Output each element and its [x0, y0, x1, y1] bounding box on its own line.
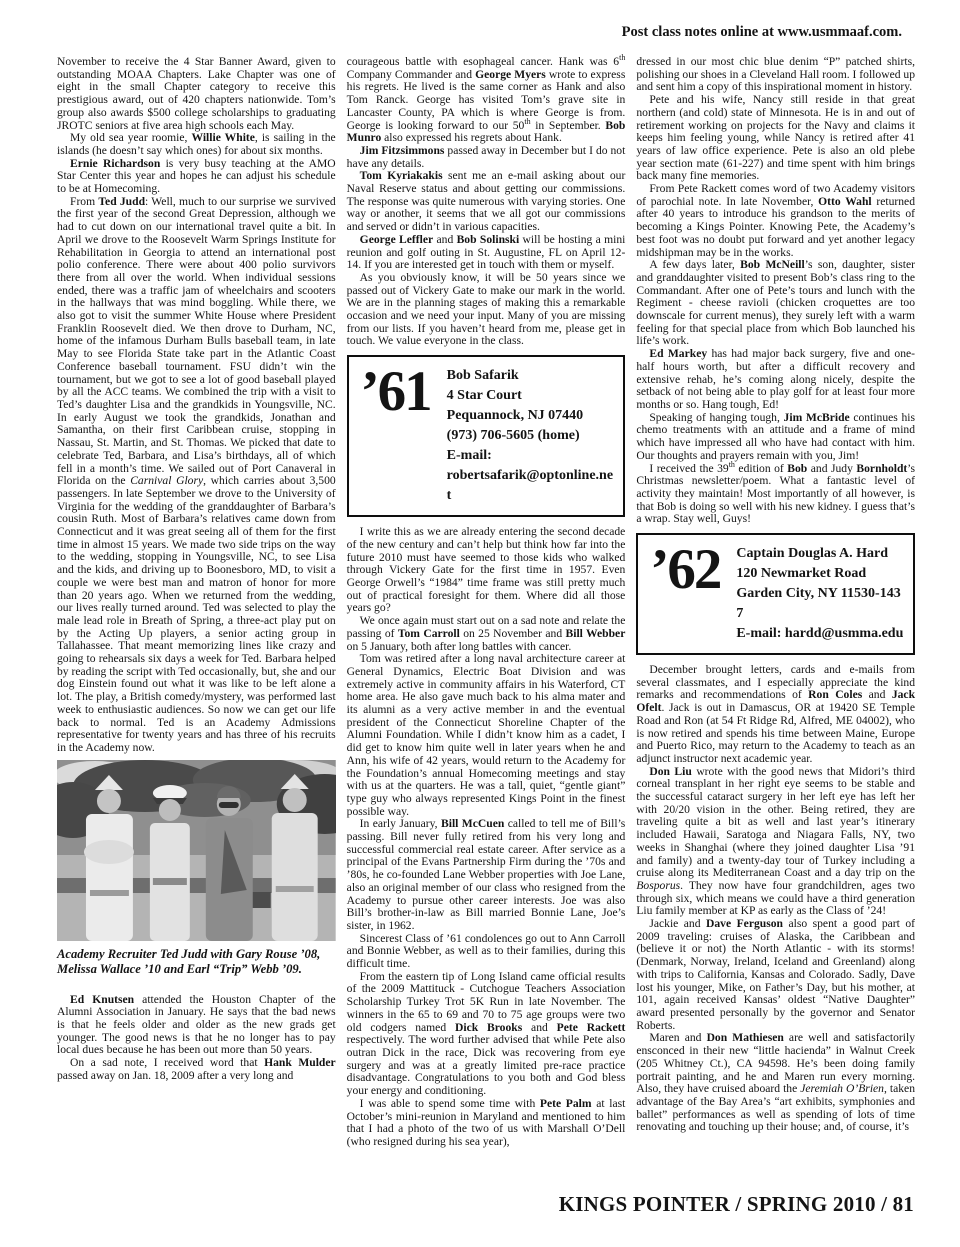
- column-2: courageous battle with esophageal cancer…: [347, 56, 626, 1149]
- paragraph: December brought letters, cards and e-ma…: [636, 664, 915, 766]
- paragraph: Jackie and Dave Ferguson also spent a go…: [636, 918, 915, 1032]
- paragraph: On a sad note, I received word that Hank…: [57, 1057, 336, 1082]
- paragraph: Don Liu wrote with the good news that Mi…: [636, 766, 915, 918]
- paragraph: George Leffler and Bob Solinski will be …: [347, 234, 626, 272]
- column-1: November to receive the 4 Star Banner Aw…: [57, 56, 336, 1149]
- paragraph: dressed in our most chic blue denim “P” …: [636, 56, 915, 94]
- class-1961-contact-info: Bob Safarik4 Star CourtPequannock, NJ 07…: [447, 366, 616, 506]
- paragraph: Ed Knutsen attended the Houston Chapter …: [57, 994, 336, 1058]
- paragraph: Tom was retired after a long naval archi…: [347, 653, 626, 818]
- contact-line: 4 Star Court: [447, 386, 616, 406]
- column-3-bottom: December brought letters, cards and e-ma…: [636, 664, 915, 1134]
- contact-line: E-mail:: [447, 446, 616, 466]
- contact-line: Pequannock, NJ 07440: [447, 406, 616, 426]
- magazine-page: Post class notes online at www.usmmaaf.c…: [0, 0, 960, 1247]
- paragraph: We once again must start out on a sad no…: [347, 615, 626, 653]
- contact-line: Garden City, NY 11530-1437: [736, 584, 905, 624]
- paragraph: Speaking of hanging tough, Jim McBride c…: [636, 412, 915, 463]
- paragraph: My old sea year roomie, Willie White, is…: [57, 132, 336, 157]
- column-2-bottom: I write this as we are already entering …: [347, 526, 626, 1148]
- column-2-top: courageous battle with esophageal cancer…: [347, 56, 626, 348]
- paragraph: Pete and his wife, Nancy still reside in…: [636, 94, 915, 183]
- paragraph: courageous battle with esophageal cancer…: [347, 56, 626, 145]
- class-photo: [57, 760, 336, 941]
- paragraph: Sincerest Class of ’61 condolences go ou…: [347, 933, 626, 971]
- contact-line: Bob Safarik: [447, 366, 616, 386]
- contact-line: (973) 706-5605 (home): [447, 426, 616, 446]
- paragraph: Ed Markey has had major back surgery, fi…: [636, 348, 915, 412]
- paragraph: In early January, Bill McCuen called to …: [347, 818, 626, 932]
- photo-caption: Academy Recruiter Ted Judd with Gary Rou…: [57, 947, 336, 978]
- class-photo-figure: Academy Recruiter Ted Judd with Gary Rou…: [57, 760, 336, 978]
- column-1-top: November to receive the 4 Star Banner Aw…: [57, 56, 336, 755]
- contact-line: Captain Douglas A. Hard: [736, 544, 905, 564]
- contact-line: E-mail: hardd@usmma.edu: [736, 624, 905, 644]
- class-1961-year-label: ’61: [361, 364, 431, 420]
- class-1962-contact-info: Captain Douglas A. Hard120 Newmarket Roa…: [736, 544, 905, 644]
- paragraph: Jim Fitzsimmons passed away in December …: [347, 145, 626, 170]
- column-3-top: dressed in our most chic blue denim “P” …: [636, 56, 915, 526]
- paragraph: From Pete Rackett comes word of two Acad…: [636, 183, 915, 259]
- class-1961-box: ’61 Bob Safarik4 Star CourtPequannock, N…: [347, 355, 626, 517]
- paragraph: I write this as we are already entering …: [347, 526, 626, 615]
- header-notice: Post class notes online at www.usmmaaf.c…: [622, 24, 902, 41]
- paragraph: November to receive the 4 Star Banner Aw…: [57, 56, 336, 132]
- paragraph: Tom Kyriakakis sent me an e-mail asking …: [347, 170, 626, 234]
- column-1-bottom: Ed Knutsen attended the Houston Chapter …: [57, 994, 336, 1083]
- paragraph: As you obviously know, it will be 50 yea…: [347, 272, 626, 348]
- footer-page-info: KINGS POINTER / SPRING 2010 / 81: [559, 1192, 914, 1217]
- class-1962-year-label: ’62: [650, 542, 720, 598]
- class-1962-box: ’62 Captain Douglas A. Hard120 Newmarket…: [636, 533, 915, 655]
- column-3: dressed in our most chic blue denim “P” …: [636, 56, 915, 1149]
- columns: November to receive the 4 Star Banner Aw…: [57, 56, 915, 1149]
- paragraph: I received the 39th edition of Bob and J…: [636, 463, 915, 527]
- contact-line: 120 Newmarket Road: [736, 564, 905, 584]
- contact-line: robertsafarik@optonline.net: [447, 466, 616, 506]
- paragraph: A few days later, Bob McNeill’s son, dau…: [636, 259, 915, 348]
- paragraph: Ernie Richardson is very busy teaching a…: [57, 158, 336, 196]
- paragraph: I was able to spend some time with Pete …: [347, 1098, 626, 1149]
- paragraph: From the eastern tip of Long Island came…: [347, 971, 626, 1098]
- paragraph: Maren and Don Mathiesen are well and sat…: [636, 1032, 915, 1134]
- paragraph: From Ted Judd: Well, much to our surpris…: [57, 196, 336, 755]
